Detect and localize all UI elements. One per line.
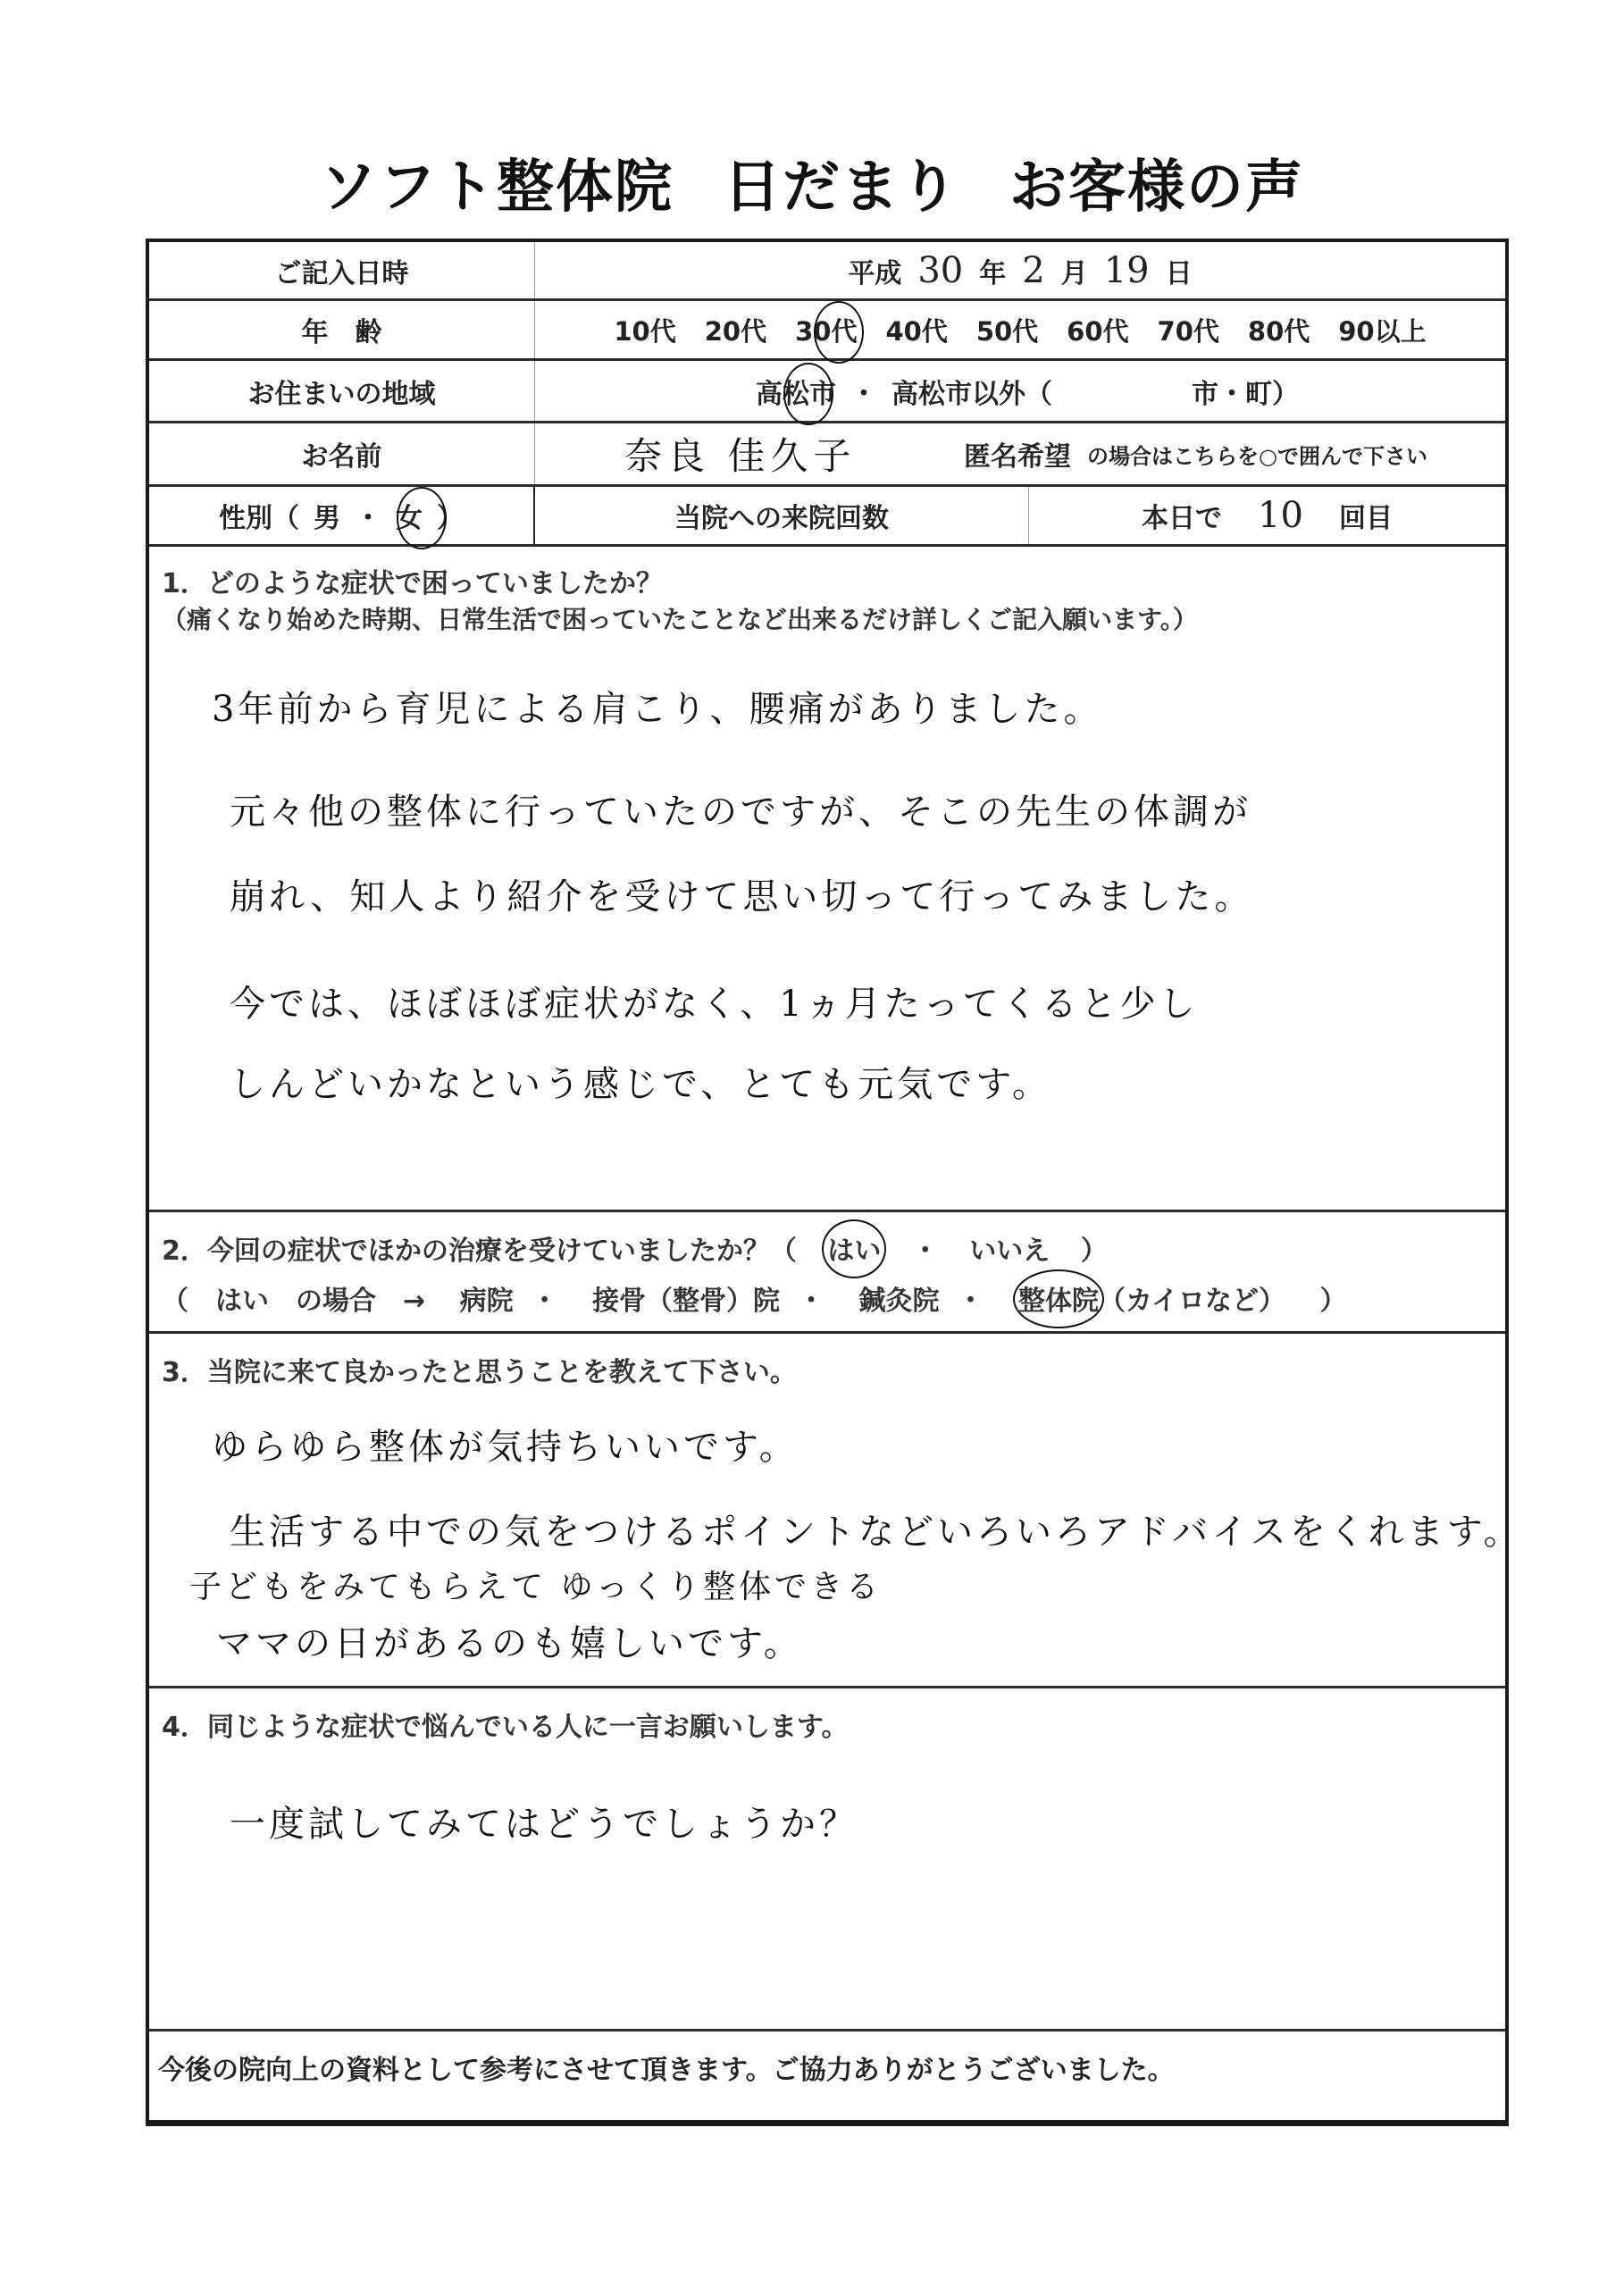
- treatment-option-acupuncture[interactable]: 鍼灸院: [859, 1286, 940, 1317]
- footer-thanks: 今後の院向上の資料として参考にさせて頂きます。ご協力ありがとうございました。: [158, 2048, 1175, 2087]
- question-1-answer-line[interactable]: しんどいかなという感じで、とても元気です。: [230, 1056, 1051, 1107]
- day-value: 19: [1104, 250, 1150, 291]
- gender-option-male[interactable]: 男: [314, 496, 340, 535]
- question-4-title: 4．同じような症状で悩んでいる人に一言お願いします。: [162, 1705, 848, 1744]
- question-3-answer-line[interactable]: 生活する中での気をつけるポイントなどいろいろアドバイスをくれます。: [230, 1504, 1523, 1554]
- visits-label: 当院への来院回数: [535, 487, 1029, 544]
- gender-visits-row: 性別（ 男 ・ 女 ） 当院への来院回数 本日で 10 回目: [149, 487, 1505, 547]
- date-row: ご記入日時 平成 30 年 2 月 19 日: [149, 242, 1505, 301]
- answer-no[interactable]: いいえ: [969, 1236, 1050, 1267]
- age-row: 年 齢 10代 20代 30代 40代 50代 60代 70代 80代 90以上: [149, 301, 1505, 361]
- region-other-suffix: 市・町）: [1192, 372, 1299, 411]
- question-2-text: 2．今回の症状でほかの治療を受けていましたか？（: [162, 1236, 797, 1267]
- answer-yes-selected[interactable]: はい: [827, 1228, 881, 1268]
- month-value: 2: [1022, 250, 1044, 291]
- date-field[interactable]: 平成 30 年 2 月 19 日: [535, 242, 1505, 298]
- name-label: お名前: [149, 423, 535, 484]
- separator: ・: [355, 496, 381, 535]
- name-field[interactable]: 奈良 佳久子: [624, 427, 946, 481]
- region-row: お住まいの地域 高松市 ・ 高松市以外（ 市・町）: [149, 361, 1505, 423]
- age-option-20s[interactable]: 20代: [705, 312, 766, 348]
- anonymous-option[interactable]: 匿名希望: [964, 434, 1071, 473]
- region-label: お住まいの地域: [149, 361, 535, 421]
- question-1-answer-line[interactable]: 今では、ほぼほぼ症状がなく、1ヵ月たってくると少し: [230, 976, 1199, 1026]
- separator: ・: [850, 372, 877, 411]
- anonymous-note: の場合はこちらを○で囲んで下さい: [1087, 439, 1427, 470]
- survey-form: ご記入日時 平成 30 年 2 月 19 日 年 齢 10代 20代 30代 4…: [146, 239, 1509, 2126]
- age-option-60s[interactable]: 60代: [1067, 312, 1128, 348]
- era-label: 平成: [848, 251, 901, 290]
- day-unit: 日: [1166, 251, 1193, 290]
- gender-option-female-selected[interactable]: 女: [396, 496, 423, 535]
- question-2-section: 2．今回の症状でほかの治療を受けていましたか？（ はい ・ いいえ ） （ はい…: [149, 1212, 1505, 1334]
- question-1-title: 1．どのような症状で困っていましたか？: [162, 561, 663, 600]
- age-option-40s[interactable]: 40代: [885, 312, 947, 348]
- question-1-answer-line[interactable]: 3年前から育児による肩こり、腰痛がありました。: [212, 681, 1102, 732]
- region-option-other[interactable]: 高松市以外（: [892, 372, 1052, 411]
- gender-field: 性別（ 男 ・ 女 ）: [149, 487, 535, 544]
- question-1-answer-line[interactable]: 崩れ、知人より紹介を受けて思い切って行ってみました。: [230, 868, 1253, 919]
- footer: 今後の院向上の資料として参考にさせて頂きます。ご協力ありがとうございました。: [149, 2031, 1505, 2120]
- visits-suffix: 回目: [1339, 496, 1393, 535]
- gender-label: 性別（: [219, 496, 299, 535]
- age-option-30s-selected[interactable]: 30代: [795, 312, 857, 348]
- treatment-option-hospital[interactable]: 病院: [460, 1286, 514, 1317]
- question-1-answer-line[interactable]: 元々他の整体に行っていたのですが、そこの先生の体調が: [230, 783, 1251, 834]
- age-options: 10代 20代 30代 40代 50代 60代 70代 80代 90以上: [535, 301, 1505, 358]
- date-label: ご記入日時: [149, 242, 535, 298]
- question-2-title: 2．今回の症状でほかの治療を受けていましたか？（ はい ・ いいえ ）: [162, 1228, 1108, 1268]
- separator: ・: [912, 1236, 939, 1267]
- question-1-subtext: （痛くなり始めた時期、日常生活で困っていたことなど出来るだけ詳しくご記入願います…: [162, 600, 1198, 636]
- document-subject: お客様の声: [1009, 155, 1304, 221]
- age-label: 年 齢: [149, 301, 535, 358]
- name-row: お名前 奈良 佳久子 匿名希望 の場合はこちらを○で囲んで下さい: [149, 423, 1505, 487]
- question-3-title: 3．当院に来て良かったと思うことを教えて下さい。: [162, 1350, 797, 1389]
- age-option-90plus[interactable]: 90以上: [1338, 312, 1426, 348]
- clinic-type: ソフト整体院: [320, 155, 674, 221]
- age-option-80s[interactable]: 80代: [1248, 312, 1310, 348]
- question-3-section: 3．当院に来て良かったと思うことを教えて下さい。 ゆらゆら整体が気持ちいいです。…: [149, 1334, 1505, 1688]
- treatment-option-seitai-note: （カイロなど）: [1099, 1286, 1285, 1317]
- question-3-answer-line[interactable]: 子どもをみてもらえて ゆっくり整体できる: [189, 1562, 882, 1607]
- followup-prefix: （ はい の場合 →: [162, 1286, 425, 1317]
- clinic-name: 日だまり: [724, 155, 959, 221]
- year-value: 30: [917, 250, 963, 291]
- question-3-answer-line[interactable]: ママの日があるのも嬉しいです。: [216, 1615, 803, 1666]
- question-4-section: 4．同じような症状で悩んでいる人に一言お願いします。 一度試してみてはどうでしょ…: [149, 1688, 1505, 2031]
- region-options: 高松市 ・ 高松市以外（ 市・町）: [535, 361, 1505, 421]
- question-2-followup: （ はい の場合 → 病院・ 接骨（整骨）院・ 鍼灸院・ 整体院（カイロなど） …: [162, 1278, 1347, 1318]
- age-option-10s[interactable]: 10代: [614, 312, 675, 348]
- region-option-takamatsu[interactable]: 高松市: [756, 372, 836, 411]
- treatment-option-bonesetter[interactable]: 接骨（整骨）院: [592, 1286, 780, 1317]
- question-4-answer-line[interactable]: 一度試してみてはどうでしょうか？: [230, 1796, 858, 1847]
- question-1-section: 1．どのような症状で困っていましたか？ （痛くなり始めた時期、日常生活で困ってい…: [149, 547, 1505, 1212]
- age-option-70s[interactable]: 70代: [1158, 312, 1219, 348]
- visits-prefix: 本日で: [1142, 496, 1222, 535]
- visits-count[interactable]: 10: [1258, 495, 1303, 536]
- treatment-option-seitai-selected[interactable]: 整体院: [1018, 1278, 1099, 1318]
- month-unit: 月: [1061, 251, 1088, 290]
- visits-field: 本日で 10 回目: [1029, 487, 1505, 544]
- name-cell: 奈良 佳久子 匿名希望 の場合はこちらを○で囲んで下さい: [535, 423, 1505, 484]
- year-unit: 年: [979, 251, 1006, 290]
- paren-close: ）: [1081, 1236, 1108, 1267]
- question-3-answer-line[interactable]: ゆらゆら整体が気持ちいいです。: [212, 1419, 799, 1470]
- paren-close: ）: [1320, 1286, 1347, 1317]
- document-title: ソフト整体院日だまりお客様の声: [0, 141, 1624, 223]
- age-option-50s[interactable]: 50代: [976, 312, 1038, 348]
